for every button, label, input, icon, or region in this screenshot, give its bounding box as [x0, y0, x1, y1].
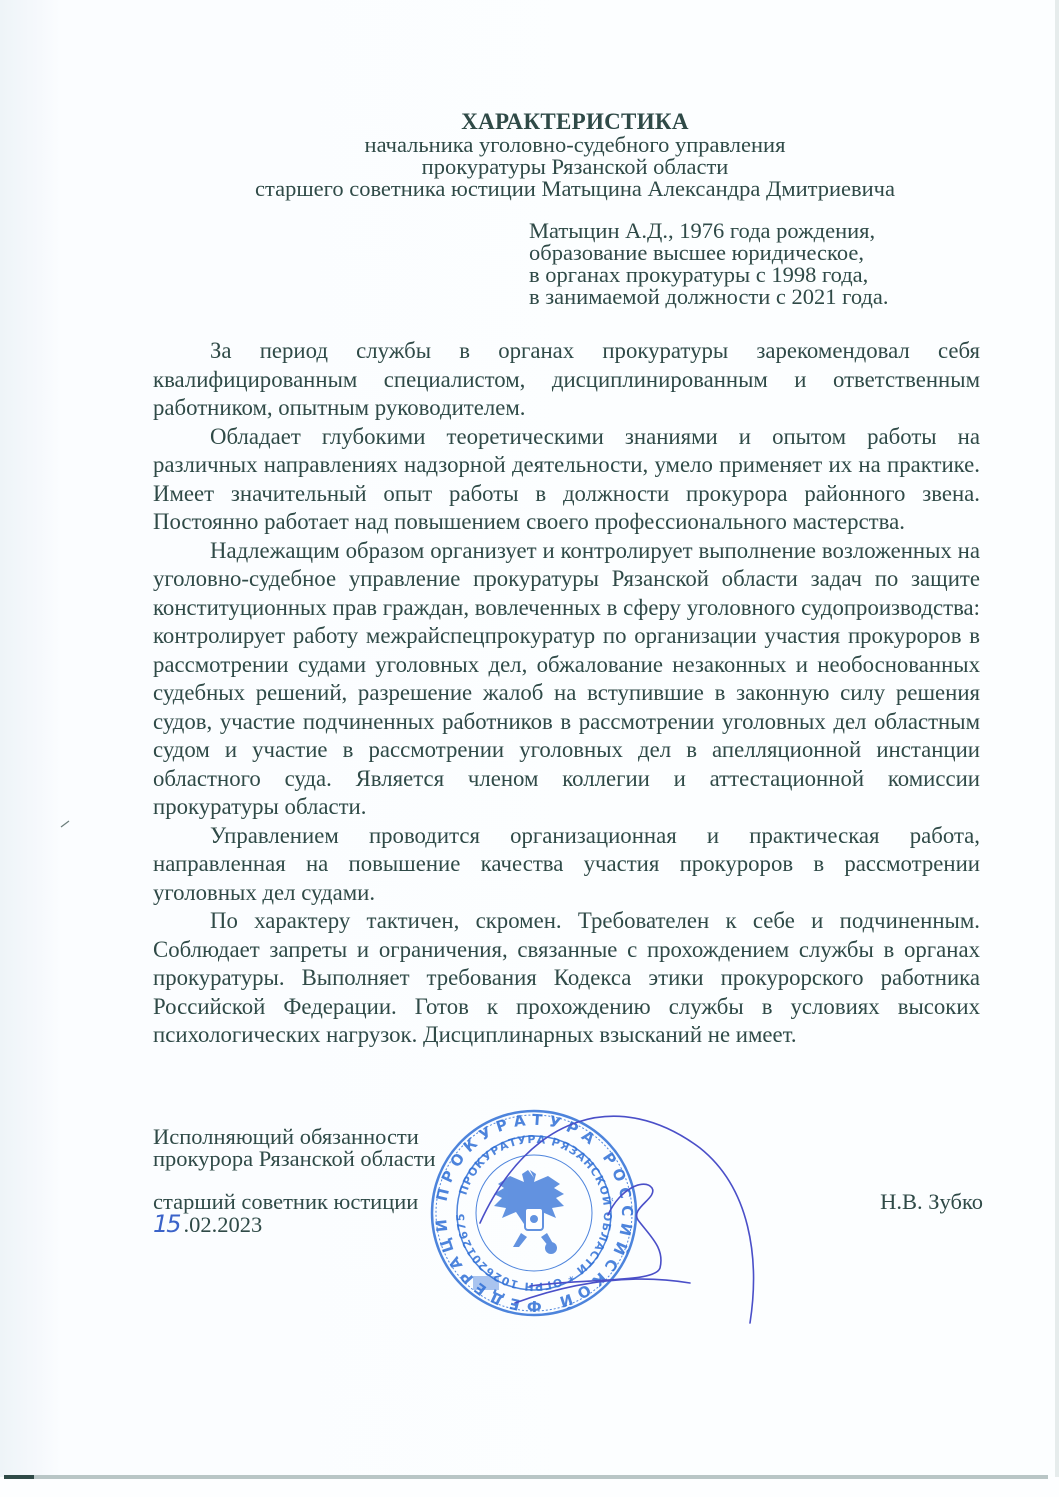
signature-block: Исполняющий обязанности прокурора Рязанс… [153, 1126, 983, 1239]
signatory-position: прокурора Рязанской области [153, 1148, 983, 1170]
signatory-position: Исполняющий обязанности [153, 1126, 983, 1148]
subtitle-line: старшего советника юстиции Матыцина Алек… [150, 178, 1000, 200]
signatory-rank: старший советник юстиции [153, 1189, 418, 1214]
paragraph: По характеру тактичен, скромен. Требоват… [153, 907, 980, 1050]
paragraph: Обладает глубокими теоретическими знания… [153, 423, 980, 537]
bio-line: образование высшее юридическое, [529, 242, 889, 264]
paragraph: За период службы в органах прокуратуры з… [153, 337, 980, 423]
subtitle-line: начальника уголовно-судебного управления [150, 134, 1000, 156]
signatory-name: Н.В. Зубко [880, 1191, 983, 1213]
document-header: ХАРАКТЕРИСТИКА начальника уголовно-судеб… [150, 110, 1000, 200]
bio-line: Матыцин А.Д., 1976 года рождения, [529, 220, 889, 242]
signatory-rank-line: старший советник юстиции Н.В. Зубко [153, 1191, 983, 1213]
biographical-summary: Матыцин А.Д., 1976 года рождения, образо… [529, 220, 889, 308]
bio-line: в органах прокуратуры с 1998 года, [529, 264, 889, 286]
bio-line: в занимаемой должности с 2021 года. [529, 286, 889, 308]
date-month-year: .02.2023 [184, 1212, 263, 1237]
document-title: ХАРАКТЕРИСТИКА [150, 110, 1000, 134]
page-bottom-edge [4, 1475, 1048, 1479]
subtitle-line: прокуратуры Рязанской области [150, 156, 1000, 178]
handwritten-day: 15 [153, 1210, 180, 1238]
page-right-edge [1055, 0, 1059, 1477]
page-bottom-corner-mark [4, 1475, 34, 1479]
stray-ink-mark [60, 820, 70, 828]
paragraph: Надлежащим образом организует и контроли… [153, 537, 980, 822]
paragraph: Управлением проводится организационная и… [153, 822, 980, 908]
document-date: 15.02.2023 [153, 1213, 983, 1239]
document-body: За период службы в органах прокуратуры з… [153, 337, 980, 1050]
